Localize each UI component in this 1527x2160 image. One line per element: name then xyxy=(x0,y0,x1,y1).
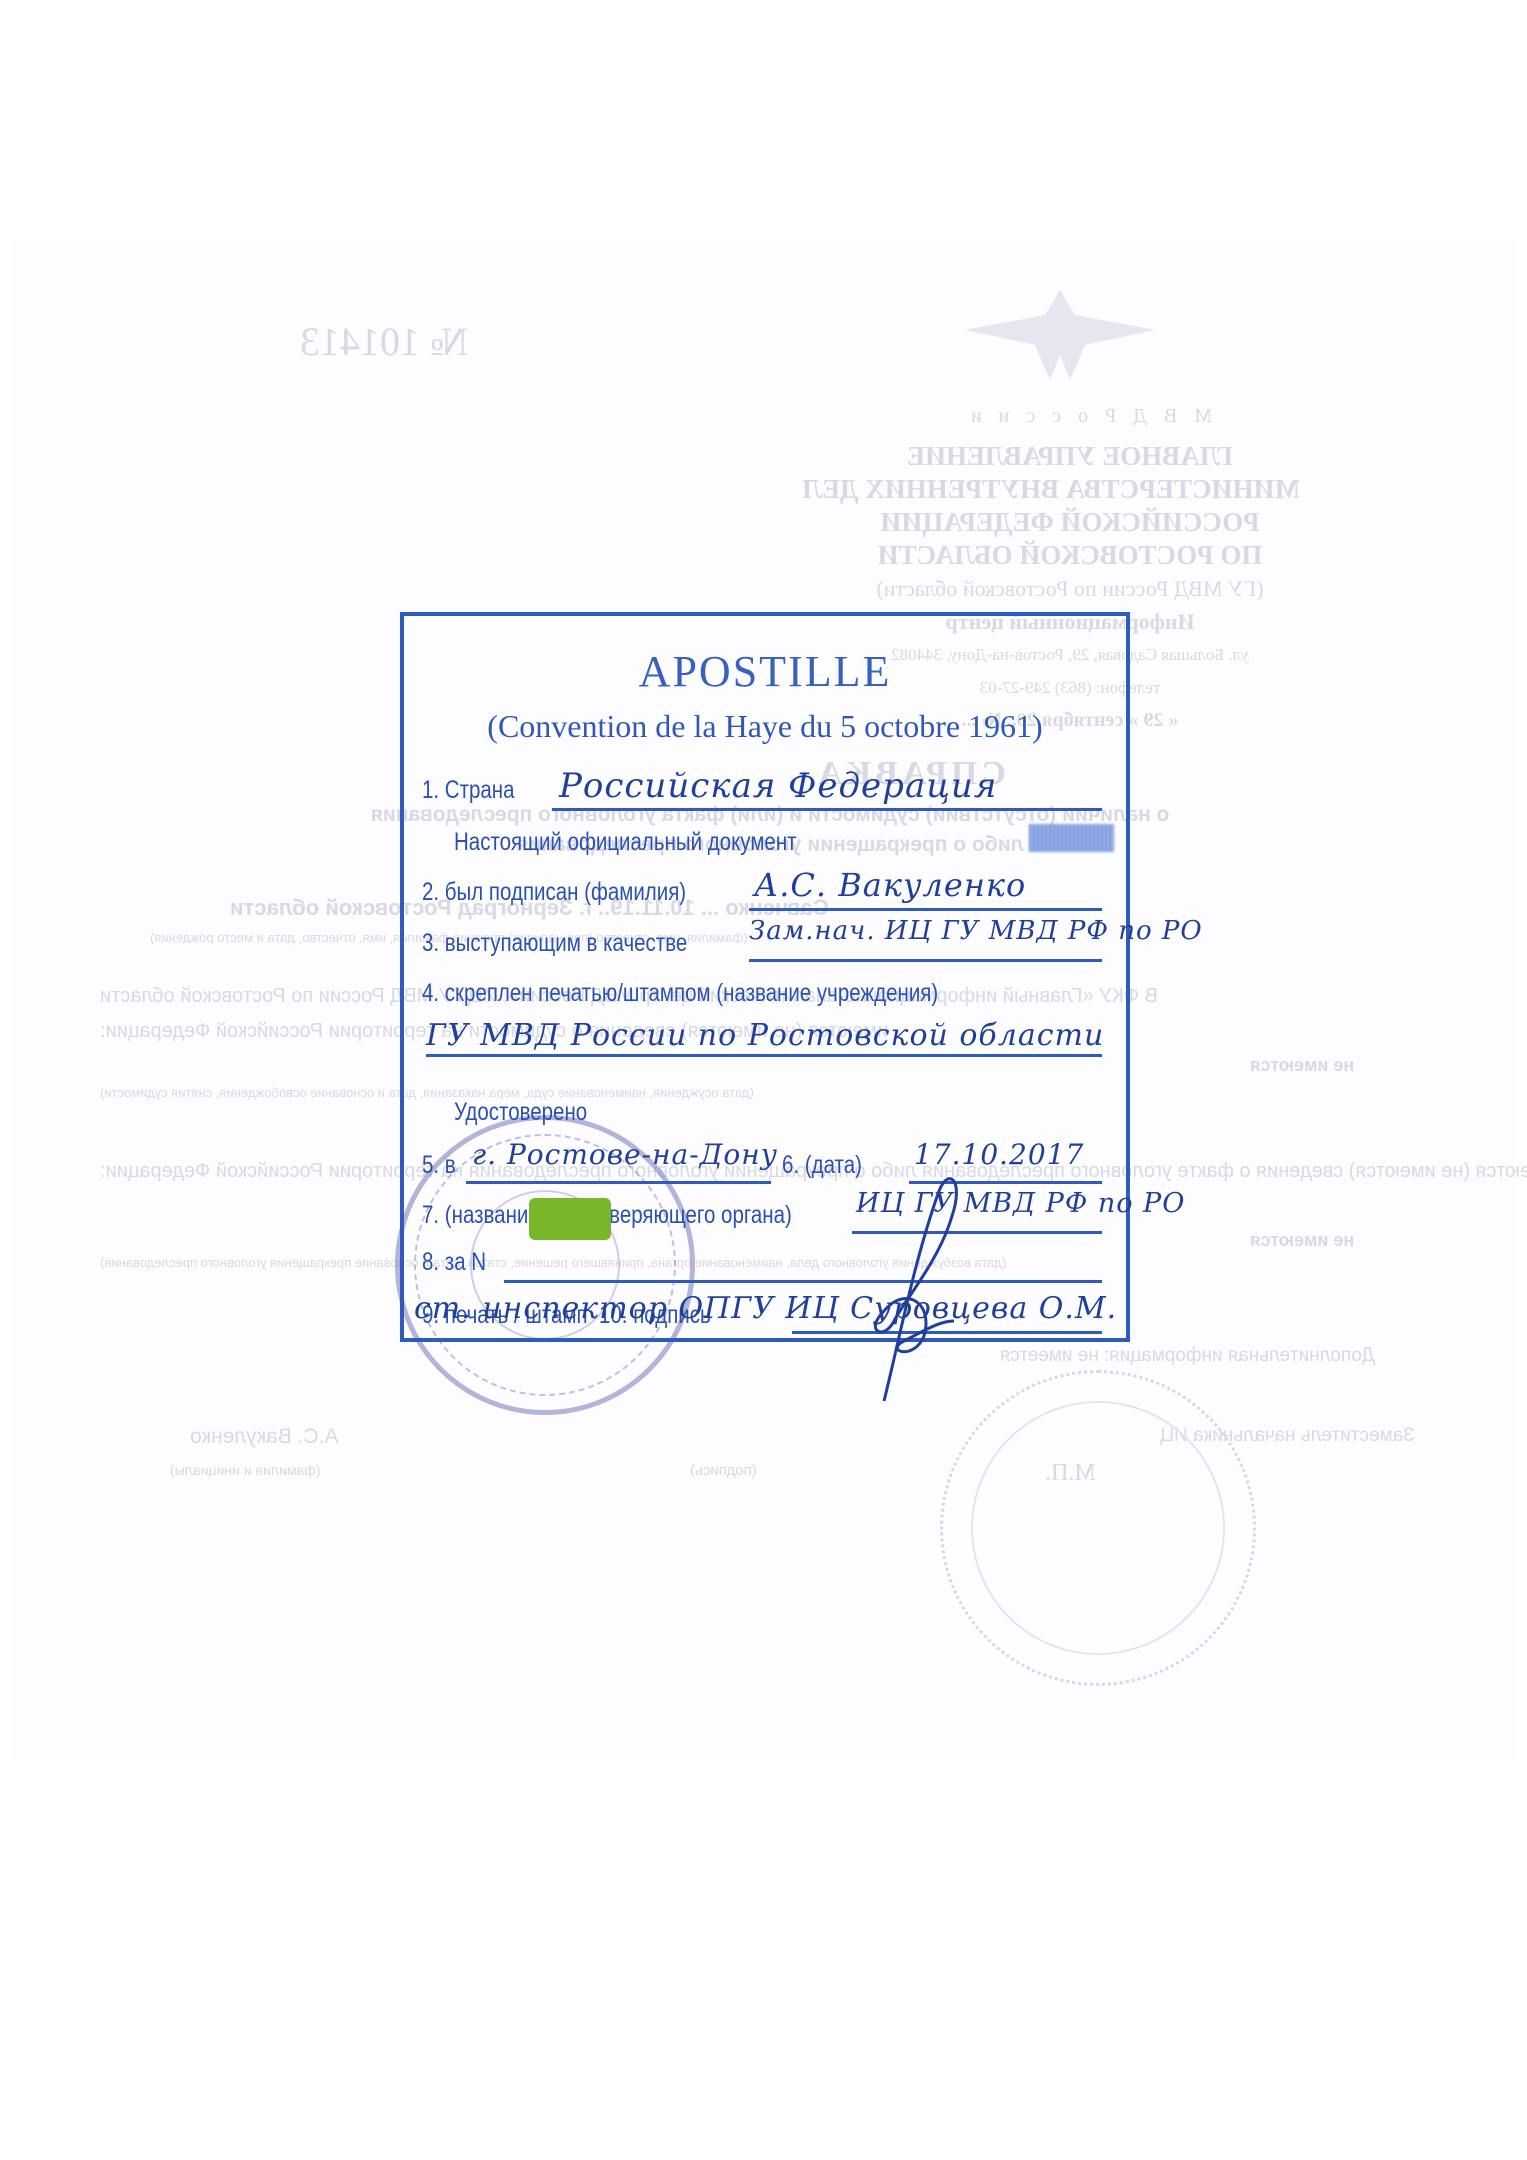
certified-label: Удостоверено xyxy=(454,1098,990,1127)
ghost-additional-info: Дополнительная информация: не имеется xyxy=(1000,1345,1375,1367)
ghost-seal-text: М.П. xyxy=(1045,1460,1096,1487)
ghost-number: № 101413 xyxy=(300,318,468,365)
capacity-value: Зам.нач. ИЦ ГУ МВД РФ по РО xyxy=(749,916,1203,946)
redacted-number xyxy=(529,1198,611,1240)
apostille-subtitle: (Convention de la Haye du 5 octobre 1961… xyxy=(404,708,1126,745)
handwritten-signature xyxy=(844,1171,974,1401)
apostille-title: APOSTILLE xyxy=(404,646,1126,697)
seal-label: 4. скреплен печатью/штампом (название уч… xyxy=(422,979,985,1008)
ghost-none-2: не имеются xyxy=(1250,1230,1354,1251)
ghost-none-1: не имеются xyxy=(1250,1055,1354,1076)
country-value: Российская Федерация xyxy=(559,766,997,806)
seal-line xyxy=(426,1054,1102,1057)
number-line xyxy=(504,1280,1102,1283)
officer-value: ст. инспектор ОПГУ ИЦ Суровцева О.М. xyxy=(414,1291,1117,1326)
country-line xyxy=(552,808,1102,811)
signed-by-value: А.С. Вакуленко xyxy=(754,866,1026,904)
capacity-line xyxy=(749,959,1102,962)
ghost-round-seal xyxy=(940,1370,1256,1686)
eagle-emblem-icon xyxy=(955,285,1165,385)
ghost-signer-name: А.С. Вакуленко xyxy=(190,1425,338,1449)
seal-value: ГУ МВД России по Ростовской области xyxy=(426,1018,1104,1053)
ghost-signer-caption: (фамилия и инициалы) xyxy=(170,1462,320,1478)
ghost-signature-caption: (подпись) xyxy=(690,1462,757,1479)
signed-by-line xyxy=(749,908,1102,911)
ink-smudge xyxy=(1029,824,1114,852)
date-value: 17.10.2017 xyxy=(914,1138,1084,1171)
document-label: Настоящий официальный документ xyxy=(454,828,990,857)
apostille-stamp: APOSTILLE (Convention de la Haye du 5 oc… xyxy=(400,612,1130,1342)
place-line xyxy=(466,1181,771,1184)
place-value: г. Ростове-на-Дону xyxy=(472,1138,778,1171)
ghost-ministry: М В Д Р о с с и и xyxy=(965,405,1212,428)
